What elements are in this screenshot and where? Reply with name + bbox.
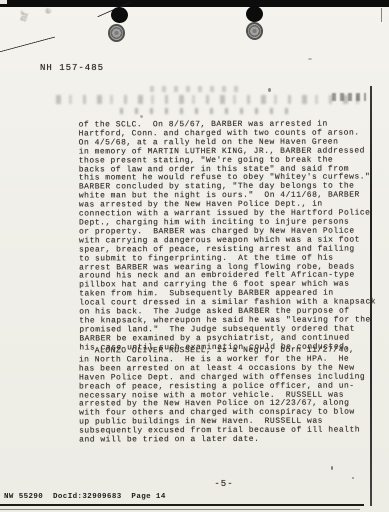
scan-speck [140, 115, 143, 118]
document-footer: NW 55290 DocId:32909683 Page 14 [4, 493, 166, 501]
bleedthrough-smudge [150, 86, 240, 92]
handwriting-mark: e [43, 8, 54, 15]
scan-speck [308, 58, 312, 60]
scanned-document-page: nf e NH 157-485 of the SCLC. On 8/5/67, … [0, 0, 389, 512]
body-paragraph-barber: of the SCLC. On 8/5/67, BARBER was arres… [79, 120, 372, 353]
pen-stroke-mark [0, 37, 55, 53]
bleedthrough-smudge [56, 95, 364, 104]
scan-speck [352, 477, 354, 479]
bleedthrough-smudge [332, 93, 366, 101]
footer-rule-thin [0, 509, 360, 510]
scan-edge-tick [381, 8, 382, 22]
file-number: NH 157-485 [40, 63, 104, 73]
round-stamp-mark [245, 21, 265, 42]
scan-right-edge-line [370, 86, 372, 506]
round-stamp-mark [108, 24, 125, 42]
hole-punch-mark [110, 6, 129, 24]
body-paragraph-russell: ALONZO OLIVER RUSSELL, is a Negro, born … [79, 346, 371, 445]
scan-speck [331, 466, 333, 470]
page-number: -5- [204, 479, 244, 489]
hole-punch-mark [246, 6, 263, 22]
scan-top-edge [0, 0, 389, 7]
scan-speck [268, 88, 271, 92]
bleedthrough-smudge [120, 108, 300, 114]
footer-rule [0, 504, 364, 506]
handwriting-mark: nf [18, 11, 30, 23]
